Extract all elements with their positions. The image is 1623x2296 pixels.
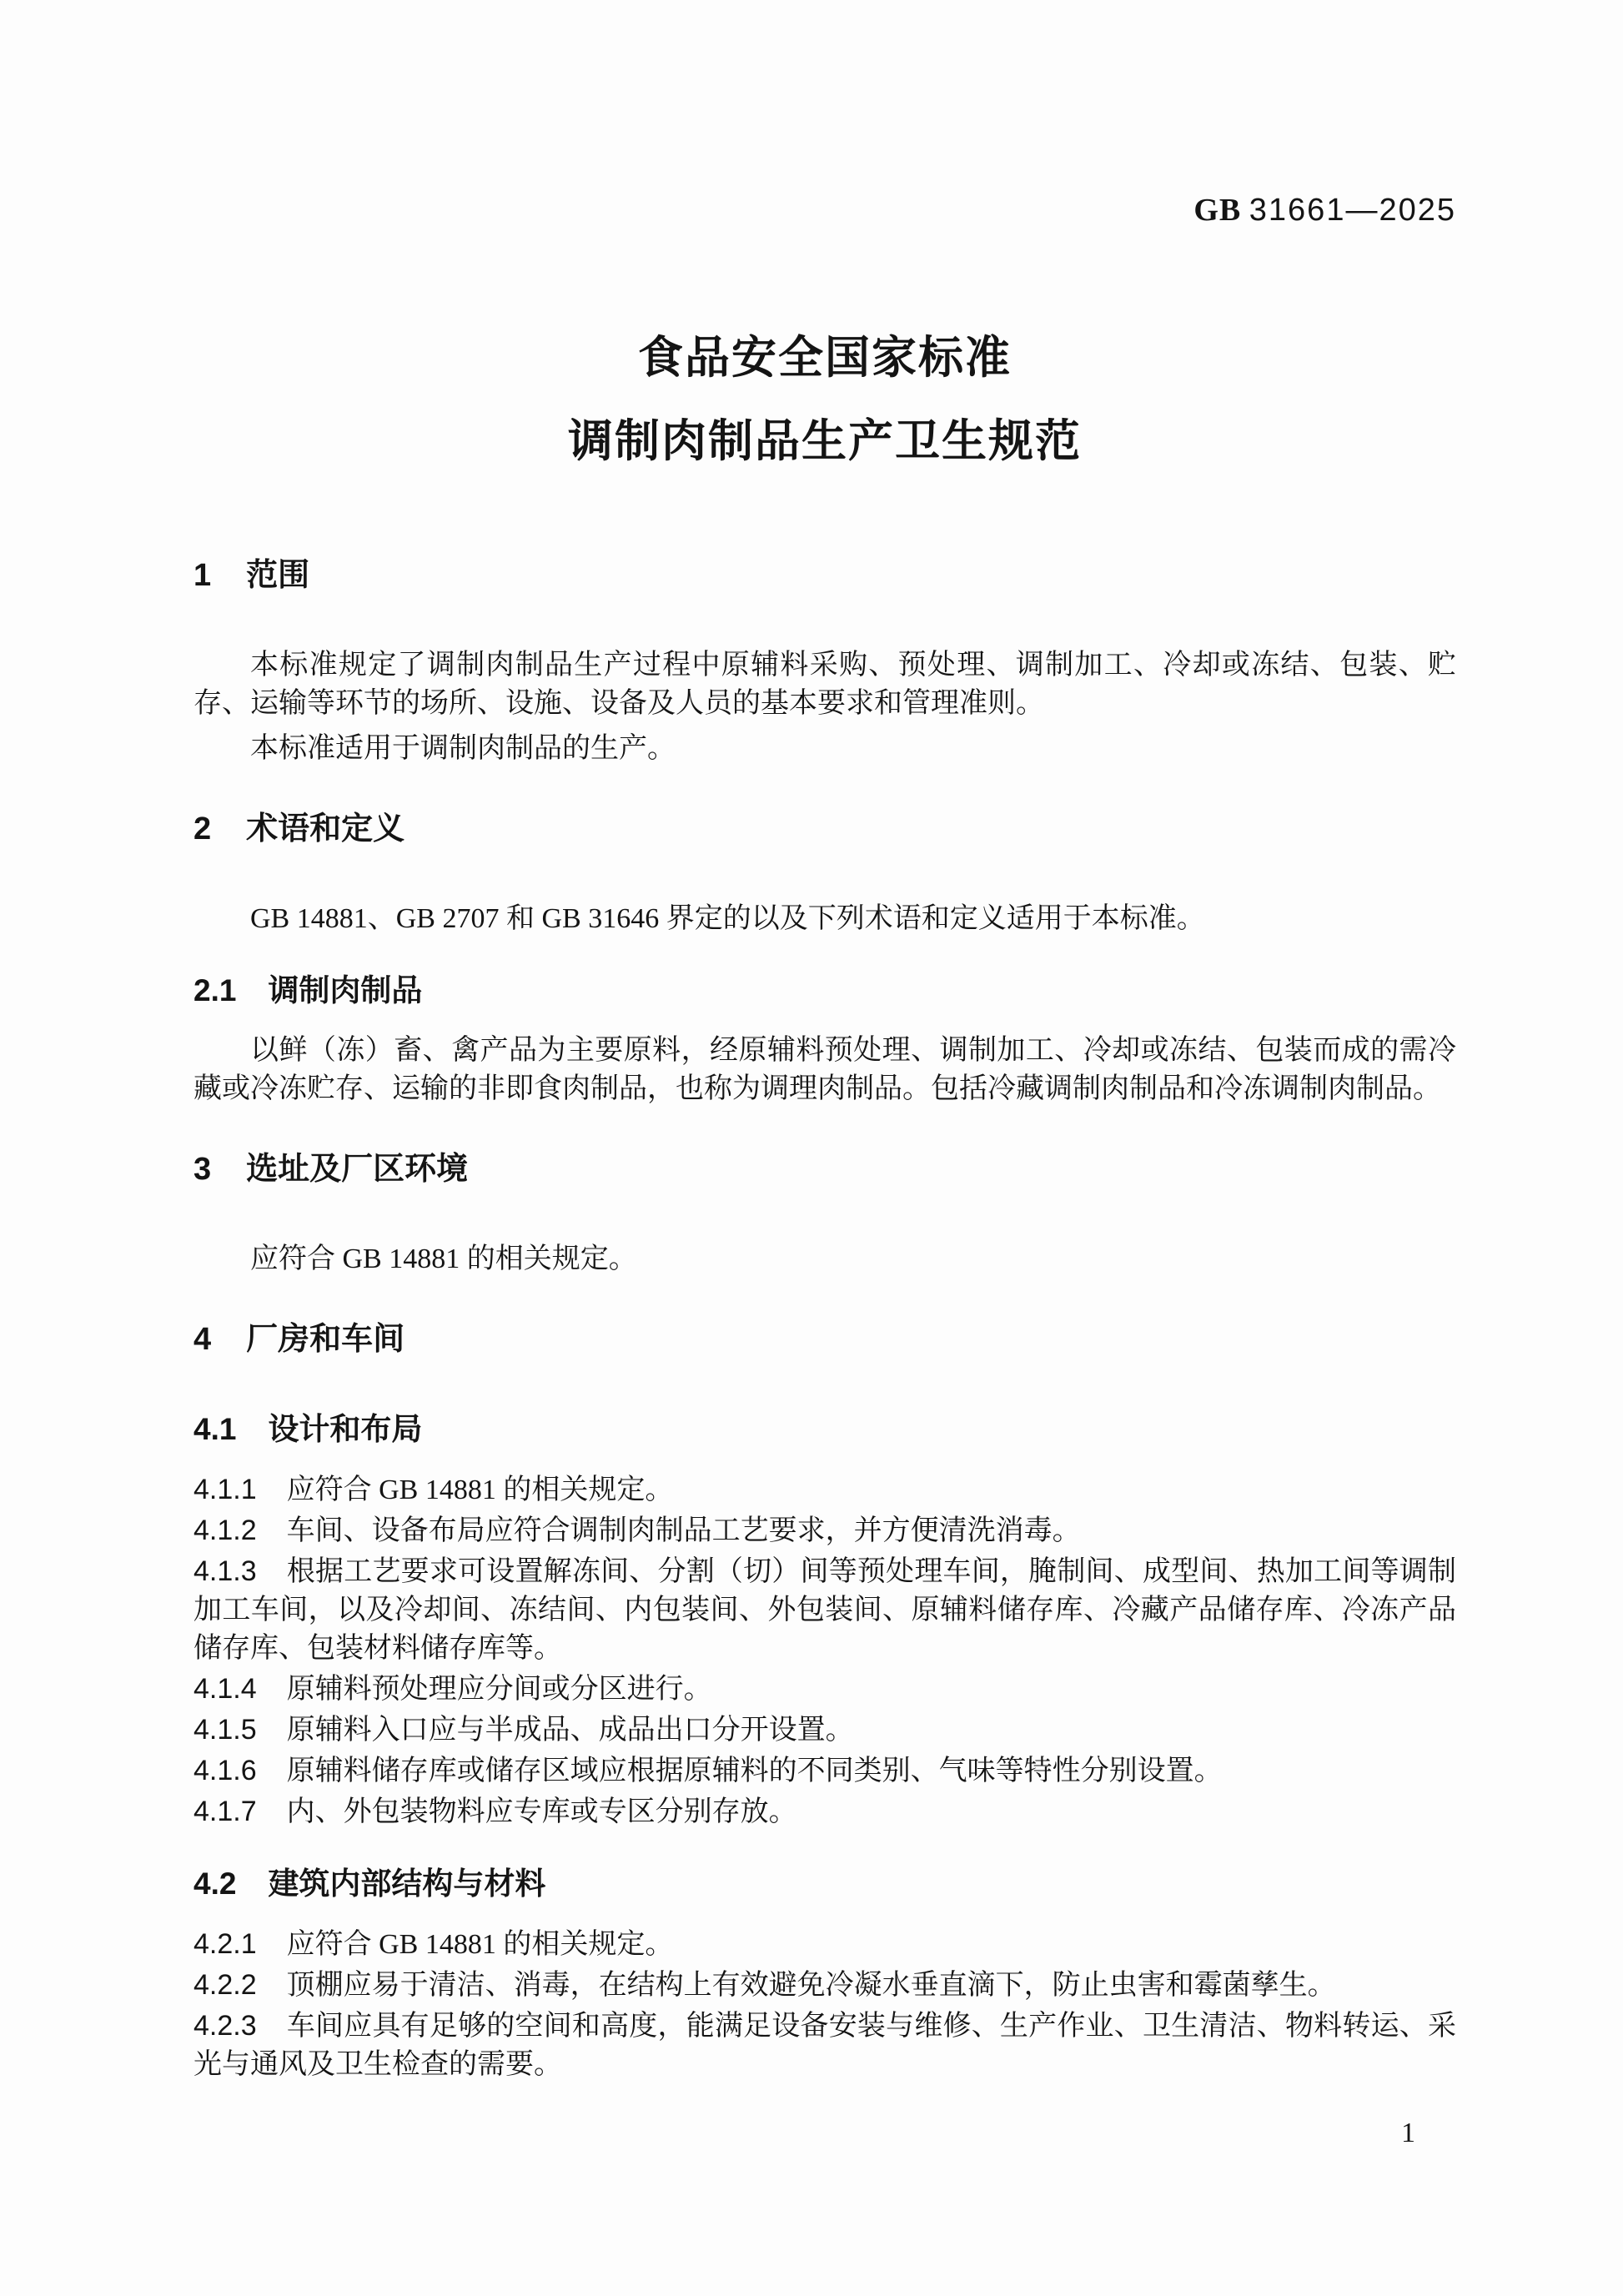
standard-code: GB 31661—2025 — [193, 193, 1456, 227]
standard-code-prefix: GB — [1193, 193, 1241, 228]
paragraph-scope-2: 本标准适用于调制肉制品的生产。 — [193, 730, 1456, 768]
section-heading-terms: 2术语和定义 — [193, 810, 1456, 848]
section-heading-scope: 1范围 — [193, 556, 1456, 595]
clause-4-2-1: 4.2.1应符合 GB 14881 的相关规定。 — [193, 1925, 1456, 1964]
subsection-heading-2-1: 2.1调制肉制品 — [193, 972, 1456, 1010]
clause-4-1-6: 4.1.6原辅料储存库或储存区域应根据原辅料的不同类别、气味等特性分别设置。 — [193, 1751, 1456, 1791]
clause-number: 4.2.3 — [193, 2007, 257, 2045]
clause-4-2-3: 4.2.3车间应具有足够的空间和高度，能满足设备安装与维修、生产作业、卫生清洁、… — [193, 2007, 1456, 2084]
standard-code-number: 31661—2025 — [1249, 193, 1456, 228]
section-heading-plant: 4厂房和车间 — [193, 1320, 1456, 1359]
clause-text: 顶棚应易于清洁、消毒，在结构上有效避免冷凝水垂直滴下，防止虫害和霉菌孳生。 — [287, 1970, 1336, 2001]
paragraph-terms-intro: GB 14881、GB 2707 和 GB 31646 界定的以及下列术语和定义… — [193, 900, 1456, 938]
paragraph-site: 应符合 GB 14881 的相关规定。 — [193, 1240, 1456, 1279]
paragraph-scope-1: 本标准规定了调制肉制品生产过程中原辅料采购、预处理、调制加工、冷却或冻结、包装、… — [193, 646, 1456, 723]
clause-4-1-5: 4.1.5原辅料入口应与半成品、成品出口分开设置。 — [193, 1711, 1456, 1750]
clause-number: 4.1.4 — [193, 1670, 257, 1708]
section-heading-site: 3选址及厂区环境 — [193, 1150, 1456, 1188]
clause-text: 原辅料储存库或储存区域应根据原辅料的不同类别、气味等特性分别设置。 — [287, 1756, 1223, 1786]
section-number: 2 — [193, 810, 211, 848]
section-title: 厂房和车间 — [246, 1322, 404, 1357]
document-title: 食品安全国家标准 调制肉制品生产卫生规范 — [193, 334, 1456, 465]
clause-text: 原辅料入口应与半成品、成品出口分开设置。 — [287, 1715, 854, 1746]
clause-number: 4.1.7 — [193, 1792, 257, 1831]
section-title: 选址及厂区环境 — [246, 1152, 468, 1187]
clause-number: 4.1.6 — [193, 1751, 257, 1790]
doc-title-line1: 食品安全国家标准 — [193, 334, 1456, 382]
clause-number: 4.2.2 — [193, 1966, 257, 2004]
subsection-heading-4-1: 4.1设计和布局 — [193, 1410, 1456, 1449]
clause-number: 4.1.3 — [193, 1552, 257, 1590]
clause-text: 应符合 GB 14881 的相关规定。 — [287, 1929, 674, 1960]
clause-4-1-7: 4.1.7内、外包装物料应专库或专区分别存放。 — [193, 1792, 1456, 1831]
subsection-heading-4-2: 4.2建筑内部结构与材料 — [193, 1865, 1456, 1903]
section-title: 术语和定义 — [246, 811, 404, 847]
section-number: 1 — [193, 556, 211, 595]
document-page: GB 31661—2025 食品安全国家标准 调制肉制品生产卫生规范 1范围 本… — [0, 0, 1623, 2296]
clause-text: 根据工艺要求可设置解冻间、分割（切）间等预处理车间，腌制间、成型间、热加工间等调… — [193, 1556, 1456, 1664]
clause-number: 4.1.5 — [193, 1711, 257, 1749]
subsection-title: 设计和布局 — [268, 1412, 422, 1446]
clause-4-1-1: 4.1.1应符合 GB 14881 的相关规定。 — [193, 1470, 1456, 1510]
clause-4-2-2: 4.2.2顶棚应易于清洁、消毒，在结构上有效避免冷凝水垂直滴下，防止虫害和霉菌孳… — [193, 1966, 1456, 2005]
clause-text: 车间应具有足够的空间和高度，能满足设备安装与维修、生产作业、卫生清洁、物料转运、… — [193, 2011, 1456, 2080]
clause-number: 4.1.1 — [193, 1470, 257, 1509]
clause-text: 车间、设备布局应符合调制肉制品工艺要求，并方便清洗消毒。 — [287, 1515, 1081, 1546]
clause-4-1-3: 4.1.3根据工艺要求可设置解冻间、分割（切）间等预处理车间，腌制间、成型间、热… — [193, 1552, 1456, 1668]
clause-number: 4.2.1 — [193, 1925, 257, 1963]
page-number: 1 — [1401, 2117, 1415, 2150]
clause-text: 应符合 GB 14881 的相关规定。 — [287, 1475, 674, 1505]
subsection-number: 4.1 — [193, 1410, 236, 1449]
doc-title-line2: 调制肉制品生产卫生规范 — [193, 417, 1456, 465]
section-number: 3 — [193, 1150, 211, 1188]
subsection-title: 调制肉制品 — [268, 973, 422, 1007]
clause-4-1-2: 4.1.2车间、设备布局应符合调制肉制品工艺要求，并方便清洗消毒。 — [193, 1511, 1456, 1550]
clause-text: 原辅料预处理应分间或分区进行。 — [287, 1674, 712, 1705]
subsection-title: 建筑内部结构与材料 — [268, 1866, 545, 1901]
clause-number: 4.1.2 — [193, 1511, 257, 1550]
section-number: 4 — [193, 1320, 211, 1359]
clause-text: 内、外包装物料应专库或专区分别存放。 — [287, 1796, 797, 1827]
subsection-number: 4.2 — [193, 1865, 236, 1903]
section-title: 范围 — [246, 558, 309, 593]
subsection-number: 2.1 — [193, 972, 236, 1010]
clause-4-1-4: 4.1.4原辅料预处理应分间或分区进行。 — [193, 1670, 1456, 1709]
paragraph-definition-2-1: 以鲜（冻）畜、禽产品为主要原料，经原辅料预处理、调制加工、冷却或冻结、包装而成的… — [193, 1032, 1456, 1108]
